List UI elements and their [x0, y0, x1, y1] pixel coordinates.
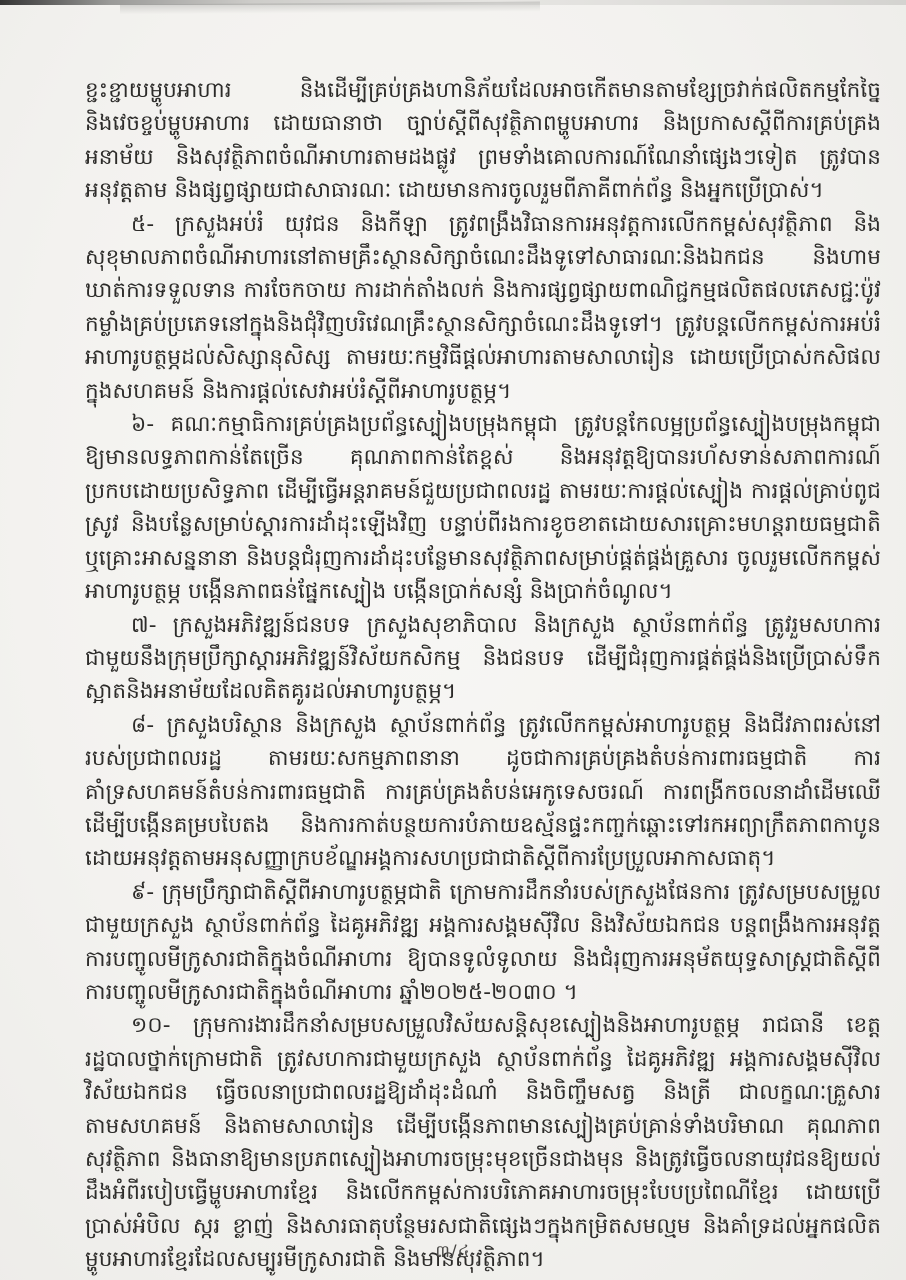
document-body: ខ្ជះខ្ជាយម្ហូបអាហារ និងដើម្បីគ្រប់គ្រងហា…: [85, 74, 881, 1277]
paragraph-5: ៥- ក្រសួងអប់រំ យុវជន និងកីឡា ត្រូវពង្រឹង…: [85, 208, 881, 408]
paragraph-8: ៨- ក្រសួងបរិស្ថាន និងក្រសួង ស្ថាប័នពាក់ព…: [85, 709, 881, 876]
scanned-document-page: ខ្ជះខ្ជាយម្ហូបអាហារ និងដើម្បីគ្រប់គ្រងហា…: [0, 0, 906, 1280]
paragraph-7: ៧- ក្រសួងអភិវឌ្ឍន៍ជនបទ ក្រសួងសុខាភិបាល ន…: [85, 609, 881, 709]
paragraph-6: ៦- គណៈកម្មាធិការគ្រប់គ្រងប្រព័ន្ធស្បៀងបម…: [85, 408, 881, 608]
paragraph-9: ៩- ក្រុមប្រឹក្សាជាតិស្តីពីអាហារូបត្ថម្ភជ…: [85, 876, 881, 1010]
paragraph-10: ១០- ក្រុមការងារដឹកនាំសម្របសម្រួលវិស័យសន្…: [85, 1009, 881, 1276]
paragraph-continuation: ខ្ជះខ្ជាយម្ហូបអាហារ និងដើម្បីគ្រប់គ្រងហា…: [85, 74, 881, 208]
scan-smudge-artifact: [120, 2, 540, 15]
page-number: ៣/៤: [0, 1241, 906, 1266]
